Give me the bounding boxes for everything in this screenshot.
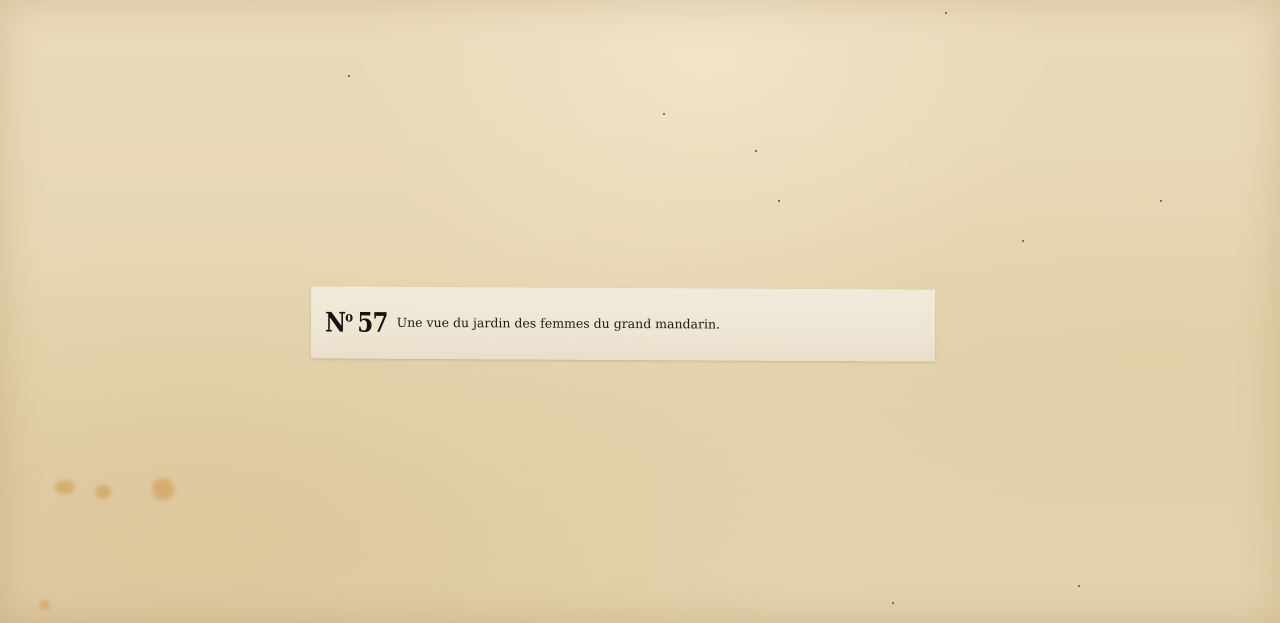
speck <box>1160 200 1162 202</box>
foxing-stain <box>152 478 174 500</box>
speck <box>892 602 894 604</box>
number-superscript: o <box>345 309 352 325</box>
speck <box>663 113 665 115</box>
speck <box>778 200 780 202</box>
number-value: 57 <box>357 307 387 338</box>
speck <box>755 150 757 152</box>
foxing-stain <box>55 480 75 494</box>
foxing-stain <box>40 600 50 610</box>
stereoview-card-back: No57 Une vue du jardin des femmes du gra… <box>0 0 1280 623</box>
speck <box>1022 240 1024 242</box>
printed-label: No57 Une vue du jardin des femmes du gra… <box>311 286 935 361</box>
foxing-stain <box>95 485 111 499</box>
number-prefix: N <box>325 307 345 338</box>
label-caption: Une vue du jardin des femmes du grand ma… <box>397 314 720 331</box>
speck <box>348 75 350 77</box>
speck <box>1078 585 1080 587</box>
speck <box>945 12 947 14</box>
plate-number: No57 <box>325 307 388 338</box>
